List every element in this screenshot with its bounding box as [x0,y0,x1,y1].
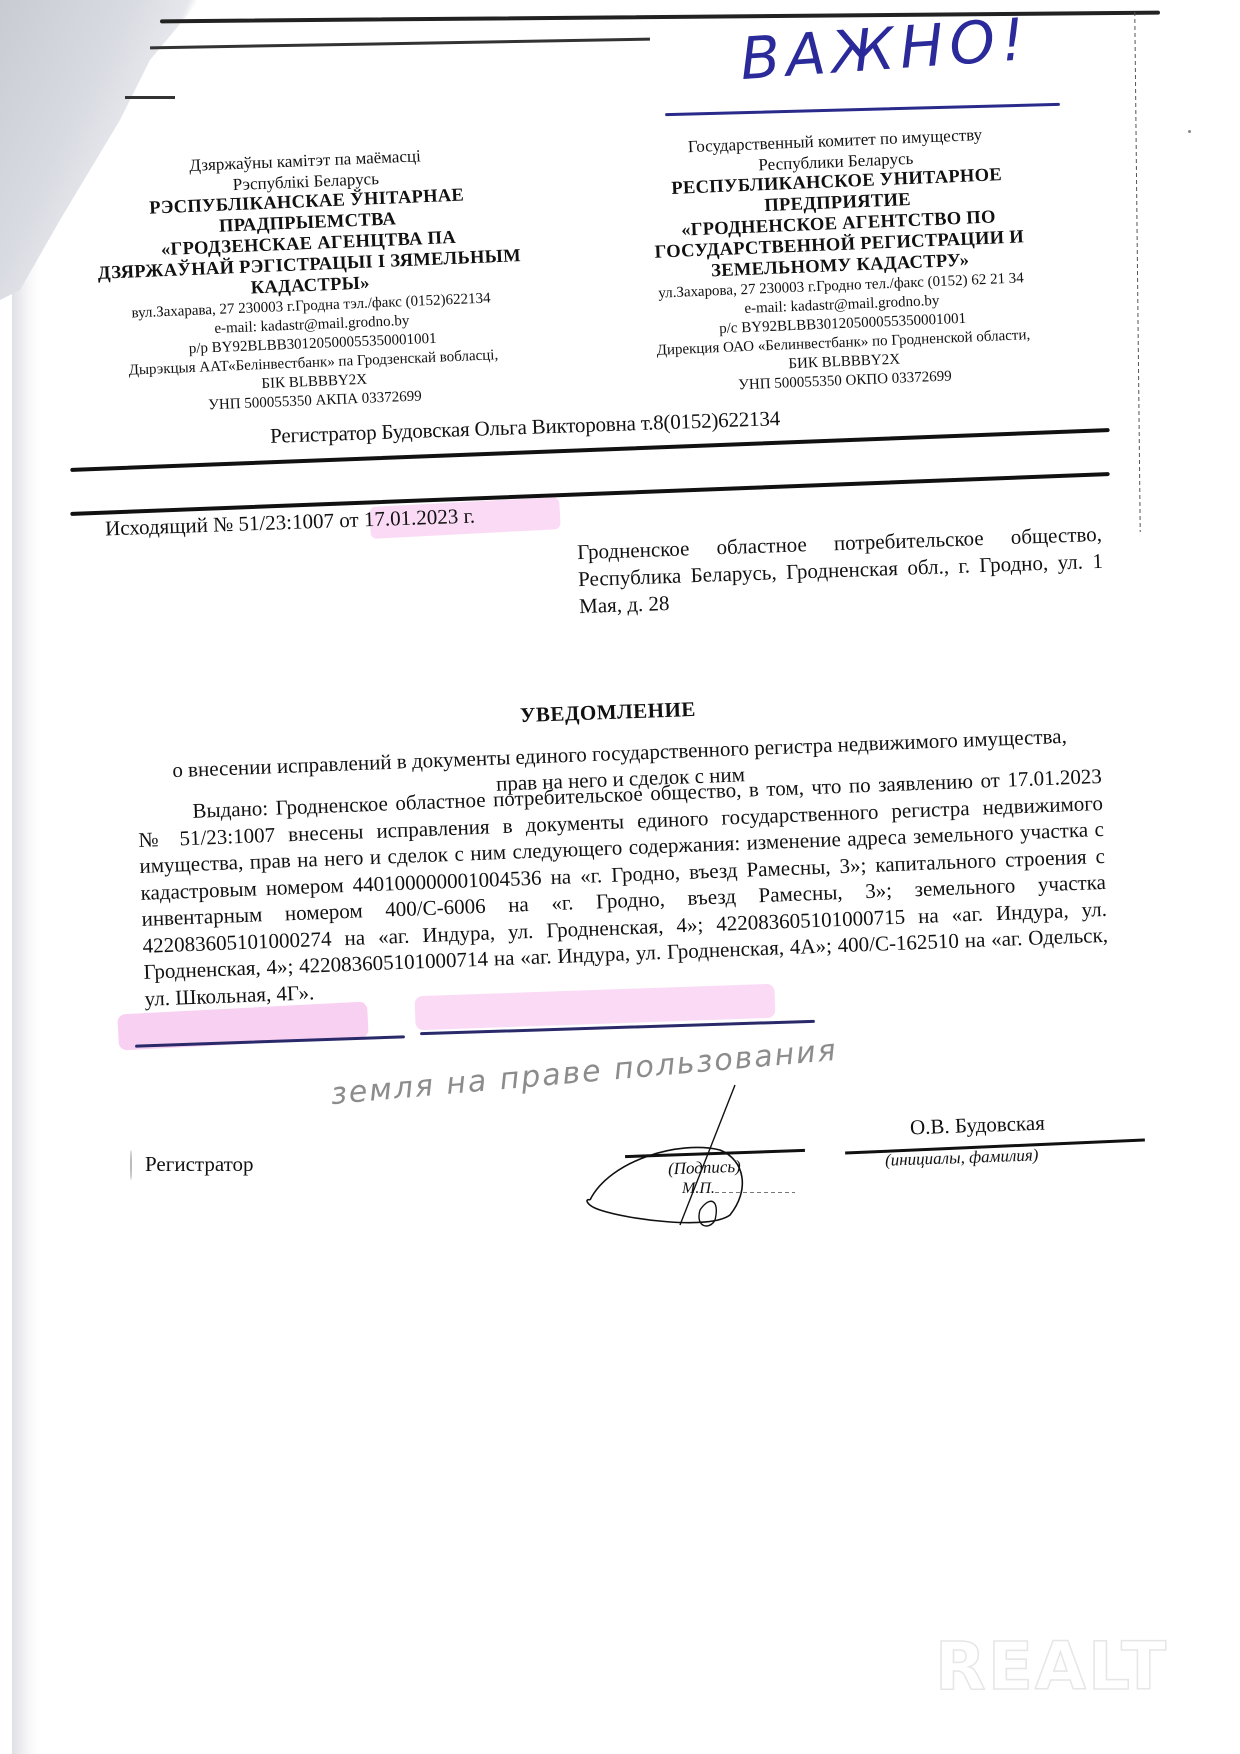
scan-speck [130,1150,132,1180]
registrar-contact: Регистратор Будовская Ольга Викторовна т… [270,406,781,449]
scan-speck [1188,130,1191,133]
notice-body: Выдано: Гродненское областное потребител… [137,763,1109,1012]
handwritten-important-note: ВАЖНО! [738,5,1033,93]
document-title: УВЕДОМЛЕНИЕ [520,697,697,728]
signatory-role: Регистратор [145,1152,254,1177]
handwritten-underline [665,103,1060,116]
signatory-name: О.В. Будовская [910,1111,1046,1141]
signature-caption: (Подпись) [668,1157,741,1180]
margin-line [1134,12,1140,532]
letterhead-belarusian: Дзяржаўны камітэт па маёмасці Рэспублікі… [65,140,556,421]
header-divider [70,472,1109,516]
page-edge-line [125,96,175,99]
letterhead-russian: Государственный комитет по имуществу Рес… [585,120,1095,402]
stamp-caption: М.П. [682,1180,715,1198]
stamp-line [715,1192,795,1193]
page-edge-line [150,38,650,50]
name-caption: (инициалы, фамилия) [885,1145,1039,1170]
recipient-address: Гродненское областное потребительское об… [577,521,1105,620]
watermark-logo: REALT [935,1628,1168,1705]
